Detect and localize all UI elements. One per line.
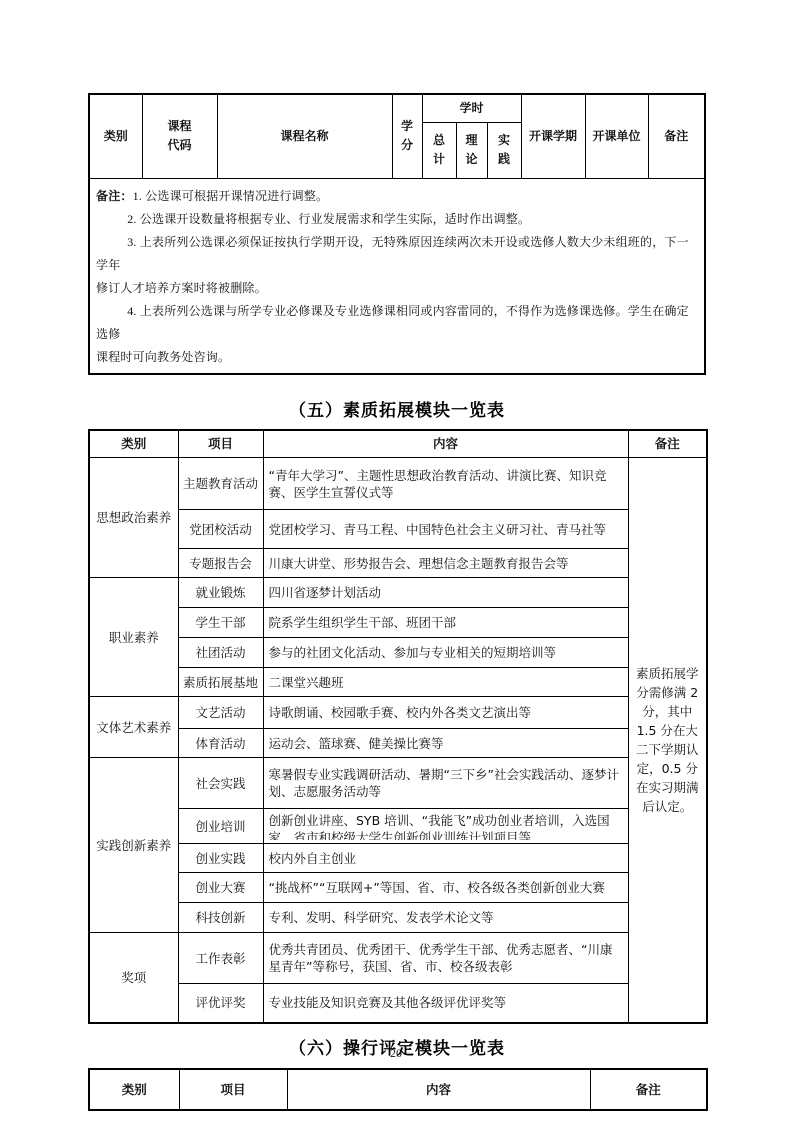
note-line-1: 备注：1. 公选课可根据开课情况进行调整。: [96, 185, 698, 208]
col-header-hours-practice: 实 践: [487, 122, 521, 178]
col-header-course-name: 课程名称: [217, 94, 392, 178]
content-cell: 专业技能及知识竞赛及其他各级评优评奖等: [263, 984, 628, 1023]
col-header-course-code: 课程 代码: [142, 94, 217, 178]
c-col-header-remark: 备注: [590, 1069, 707, 1110]
item-cell: 评优评奖: [178, 984, 263, 1023]
content-cell: “青年大学习”、主题性思想政治教育活动、讲演比赛、知识竞赛、医学生宣誓仪式等: [263, 458, 628, 510]
table-row: 专题报告会 川康大讲堂、形势报告会、理想信念主题教育报告会等: [89, 549, 707, 578]
remark-cell: 素质拓展学分需修满 2 分，其中 1.5 分在大二下学期认定，0.5 分在实习期…: [628, 458, 707, 1023]
content-cell: 党团校学习、青马工程、中国特色社会主义研习社、青马社等: [263, 510, 628, 549]
content-cell: 专利、发明、科学研究、发表学术论文等: [263, 903, 628, 933]
content-cell: 参与的社团文化活动、参加与专业相关的短期培训等: [263, 638, 628, 668]
content-cell: 优秀共青团员、优秀团干、优秀学生干部、优秀志愿者、“川康星青年”等称号，获国、省…: [263, 933, 628, 984]
col-header-semester: 开课学期: [521, 94, 585, 178]
note-1-text: 1. 公选课可根据开课情况进行调整。: [133, 189, 329, 203]
item-cell: 专题报告会: [178, 549, 263, 578]
content-cell: 运动会、篮球赛、健美操比赛等: [263, 729, 628, 758]
c-col-header-content: 内容: [287, 1069, 590, 1110]
quality-development-table: 类别 项目 内容 备注 思想政治素养 主题教育活动 “青年大学习”、主题性思想政…: [88, 429, 708, 1024]
item-cell: 创业培训: [178, 809, 263, 844]
content-cell: 二课堂兴趣班: [263, 668, 628, 697]
item-cell: 社会实践: [178, 758, 263, 809]
item-cell: 主题教育活动: [178, 458, 263, 510]
col-header-remark: 备注: [648, 94, 705, 178]
notes-cell: 备注：1. 公选课可根据开课情况进行调整。 2. 公选课开设数量将根据专业、行业…: [89, 178, 705, 374]
table-row: 思想政治素养 主题教育活动 “青年大学习”、主题性思想政治教育活动、讲演比赛、知…: [89, 458, 707, 510]
table-row: 体育活动 运动会、篮球赛、健美操比赛等: [89, 729, 707, 758]
item-cell: 学生干部: [178, 608, 263, 638]
content-cell: 寒暑假专业实践调研活动、暑期“三下乡”社会实践活动、逐梦计划、志愿服务活动等: [263, 758, 628, 809]
category-cell: 文体艺术素养: [89, 697, 178, 758]
notes-label: 备注：: [96, 189, 133, 203]
table-row: 素质拓展基地 二课堂兴趣班: [89, 668, 707, 697]
table-row: 奖项 工作表彰 优秀共青团员、优秀团干、优秀学生干部、优秀志愿者、“川康星青年”…: [89, 933, 707, 984]
table-row: 创业大赛 “挑战杯”“互联网+”等国、省、市、校各级各类创新创业大赛: [89, 873, 707, 903]
category-cell: 职业素养: [89, 578, 178, 697]
category-cell: 实践创新素养: [89, 758, 178, 933]
q-col-header-item: 项目: [178, 430, 263, 458]
document-page: 类别 课程 代码 课程名称 学 分 学时 开课学期 开课单位 备注 总 计 理 …: [0, 0, 792, 1121]
table-row: 社团活动 参与的社团文化活动、参加与专业相关的短期培训等: [89, 638, 707, 668]
page-number: 20: [0, 1046, 792, 1061]
item-cell: 创业大赛: [178, 873, 263, 903]
content-cell: 院系学生组织学生干部、班团干部: [263, 608, 628, 638]
col-header-unit: 开课单位: [585, 94, 648, 178]
q-col-header-category: 类别: [89, 430, 178, 458]
category-cell: 奖项: [89, 933, 178, 1023]
item-cell: 体育活动: [178, 729, 263, 758]
item-cell: 党团校活动: [178, 510, 263, 549]
q-col-header-content: 内容: [263, 430, 628, 458]
note-line-4: 4. 上表所列公选课与所学专业必修课及专业选修课相同或内容雷同的，不得作为选修课…: [96, 300, 698, 369]
section5-title: （五）素质拓展模块一览表: [88, 396, 706, 421]
table-row: 文体艺术素养 文艺活动 诗歌朗诵、校园歌手赛、校内外各类文艺演出等: [89, 697, 707, 729]
table-row: 创业实践 校内外自主创业: [89, 844, 707, 873]
content-cell: 创新创业讲座、SYB 培训、“我能飞”成功创业者培训，入选国家、省市和校级大学生…: [263, 809, 628, 844]
category-cell: 思想政治素养: [89, 458, 178, 578]
col-header-credits: 学 分: [392, 94, 422, 178]
item-cell: 素质拓展基地: [178, 668, 263, 697]
content-cell: 诗歌朗诵、校园歌手赛、校内外各类文艺演出等: [263, 697, 628, 729]
item-cell: 就业锻炼: [178, 578, 263, 608]
col-header-hours: 学时: [422, 94, 521, 122]
public-elective-course-table: 类别 课程 代码 课程名称 学 分 学时 开课学期 开课单位 备注 总 计 理 …: [88, 93, 706, 375]
table-row: 评优评奖 专业技能及知识竞赛及其他各级评优评奖等: [89, 984, 707, 1023]
content-cell: “挑战杯”“互联网+”等国、省、市、校各级各类创新创业大赛: [263, 873, 628, 903]
content-cell: 四川省逐梦计划活动: [263, 578, 628, 608]
content-cell: 校内外自主创业: [263, 844, 628, 873]
c-col-header-item: 项目: [179, 1069, 287, 1110]
item-cell: 社团活动: [178, 638, 263, 668]
q-col-header-remark: 备注: [628, 430, 707, 458]
table-row: 职业素养 就业锻炼 四川省逐梦计划活动: [89, 578, 707, 608]
table-row: 创业培训 创新创业讲座、SYB 培训、“我能飞”成功创业者培训，入选国家、省市和…: [89, 809, 707, 844]
col-header-category: 类别: [89, 94, 142, 178]
table-row: 实践创新素养 社会实践 寒暑假专业实践调研活动、暑期“三下乡”社会实践活动、逐梦…: [89, 758, 707, 809]
conduct-evaluation-table: 类别 项目 内容 备注: [88, 1068, 708, 1111]
item-cell: 科技创新: [178, 903, 263, 933]
item-cell: 创业实践: [178, 844, 263, 873]
clipped-content: 创新创业讲座、SYB 培训、“我能飞”成功创业者培训，入选国家、省市和校级大学生…: [269, 812, 623, 840]
c-col-header-category: 类别: [89, 1069, 179, 1110]
item-cell: 文艺活动: [178, 697, 263, 729]
table-row: 学生干部 院系学生组织学生干部、班团干部: [89, 608, 707, 638]
table-row: 党团校活动 党团校学习、青马工程、中国特色社会主义研习社、青马社等: [89, 510, 707, 549]
note-line-3: 3. 上表所列公选课必须保证按执行学期开设，无特殊原因连续两次未开设或选修人数大…: [96, 231, 698, 300]
content-cell: 川康大讲堂、形势报告会、理想信念主题教育报告会等: [263, 549, 628, 578]
note-line-2: 2. 公选课开设数量将根据专业、行业发展需求和学生实际，适时作出调整。: [96, 208, 698, 231]
col-header-hours-total: 总 计: [422, 122, 456, 178]
table-row: 科技创新 专利、发明、科学研究、发表学术论文等: [89, 903, 707, 933]
item-cell: 工作表彰: [178, 933, 263, 984]
col-header-hours-theory: 理 论: [456, 122, 487, 178]
